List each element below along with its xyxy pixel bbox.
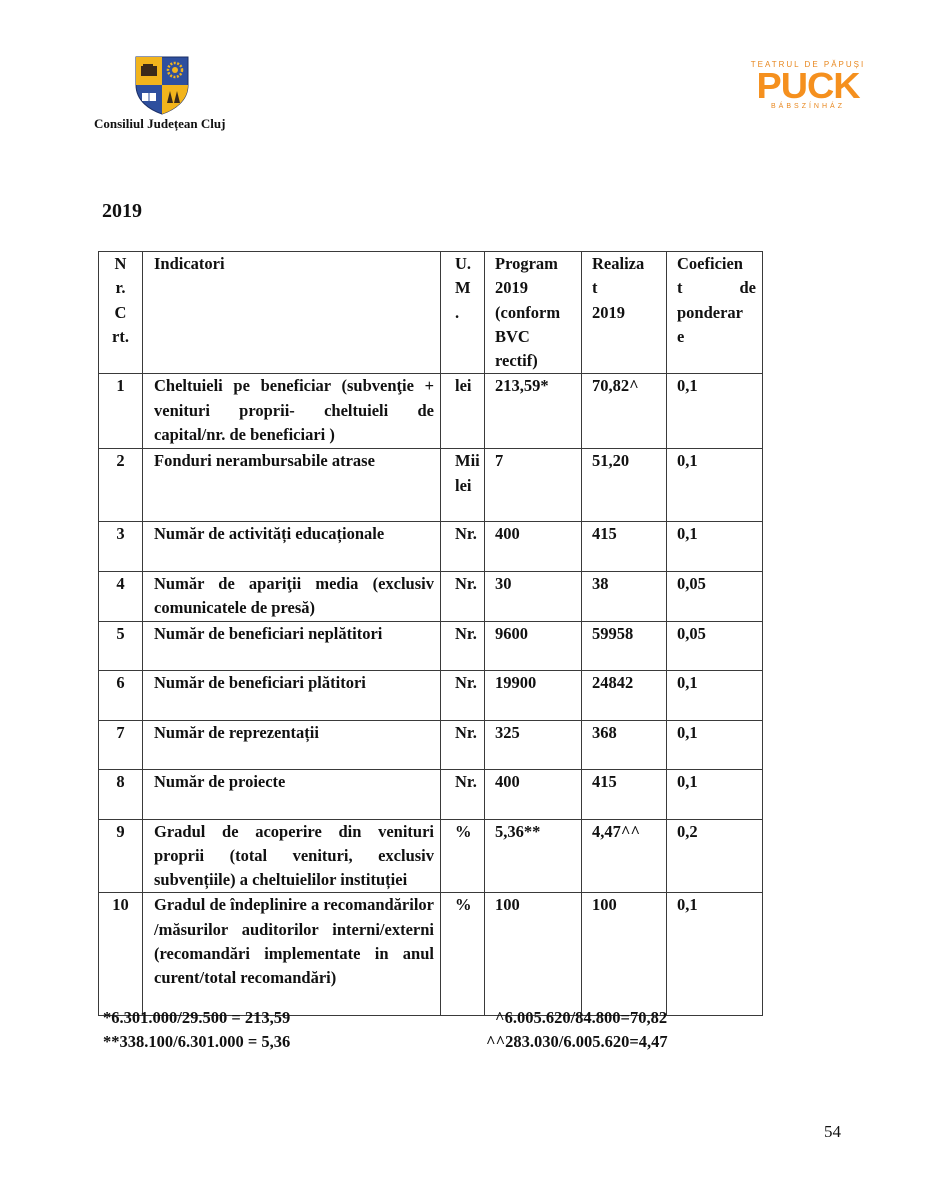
cell-indicator: Gradul de acoperire din venituri proprii… bbox=[143, 819, 441, 893]
header-nr: N r. C rt. bbox=[99, 252, 143, 374]
footnote: ^6.005.620/84.800=70,82 bbox=[486, 1006, 668, 1030]
header-um-line: M bbox=[455, 276, 480, 300]
header-program-line: BVC bbox=[495, 325, 575, 349]
cell-nr: 1 bbox=[99, 374, 143, 449]
header-indicatori: Indicatori bbox=[143, 252, 441, 374]
cell-coeficient: 0,1 bbox=[667, 720, 763, 770]
cell-nr: 7 bbox=[99, 720, 143, 770]
header-coeficient: Coeficien t de ponderar e bbox=[667, 252, 763, 374]
footnote: ^^283.030/6.005.620=4,47 bbox=[486, 1030, 668, 1054]
header-program-line: Program bbox=[495, 252, 575, 276]
header-um-line: U. bbox=[455, 252, 480, 276]
cell-indicator: Gradul de îndeplinire a recomandărilor /… bbox=[143, 893, 441, 1016]
cell-um: Nr. bbox=[441, 720, 485, 770]
puck-theatre-logo: TEATRUL DE PĂPUȘI PUCK BÁBSZÍNHÁZ bbox=[748, 60, 868, 110]
table-row: 5Număr de beneficiari neplătitoriNr.9600… bbox=[99, 621, 763, 671]
puck-logo-word: PUCK bbox=[745, 69, 871, 103]
header-realizat-line: Realiza bbox=[592, 252, 660, 276]
cell-nr: 4 bbox=[99, 571, 143, 621]
table-row: 8Număr de proiecteNr.4004150,1 bbox=[99, 770, 763, 820]
header-um-line: . bbox=[455, 301, 480, 325]
header-um: U. M . bbox=[441, 252, 485, 374]
cell-indicator: Număr de activități educaționale bbox=[143, 522, 441, 572]
cell-indicator: Fonduri nerambursabile atrase bbox=[143, 449, 441, 522]
cell-realizat: 24842 bbox=[582, 671, 667, 721]
header-program-line: (conform bbox=[495, 301, 575, 325]
table-row: 1Cheltuieli pe beneficiar (subvenţie + v… bbox=[99, 374, 763, 449]
cell-indicator: Număr de beneficiari neplătitori bbox=[143, 621, 441, 671]
cell-coeficient: 0,1 bbox=[667, 522, 763, 572]
cell-um: Mii lei bbox=[441, 449, 485, 522]
cell-coeficient: 0,1 bbox=[667, 893, 763, 1016]
cell-um: % bbox=[441, 819, 485, 893]
cell-nr: 9 bbox=[99, 819, 143, 893]
header-realizat: Realiza t 2019 bbox=[582, 252, 667, 374]
cell-program: 7 bbox=[485, 449, 582, 522]
table-header-row: N r. C rt. Indicatori U. M . Program 201… bbox=[99, 252, 763, 374]
header-nr-line: r. bbox=[101, 276, 140, 300]
header-coeficient-line: t de bbox=[677, 276, 756, 300]
footnotes-left: *6.301.000/29.500 = 213,59 **338.100/6.3… bbox=[103, 1006, 290, 1054]
cell-nr: 8 bbox=[99, 770, 143, 820]
cell-nr: 10 bbox=[99, 893, 143, 1016]
cell-indicator: Număr de beneficiari plătitori bbox=[143, 671, 441, 721]
cell-nr: 6 bbox=[99, 671, 143, 721]
cell-um: Nr. bbox=[441, 770, 485, 820]
header-realizat-line: 2019 bbox=[592, 301, 660, 325]
cell-um: Nr. bbox=[441, 571, 485, 621]
cell-um: % bbox=[441, 893, 485, 1016]
header-nr-line: C bbox=[101, 301, 140, 325]
cell-coeficient: 0,2 bbox=[667, 819, 763, 893]
cell-nr: 3 bbox=[99, 522, 143, 572]
cell-realizat: 4,47^^ bbox=[582, 819, 667, 893]
cell-um: lei bbox=[441, 374, 485, 449]
cell-program: 19900 bbox=[485, 671, 582, 721]
cell-realizat: 59958 bbox=[582, 621, 667, 671]
cell-realizat: 70,82^ bbox=[582, 374, 667, 449]
footnote: **338.100/6.301.000 = 5,36 bbox=[103, 1030, 290, 1054]
cell-nr: 5 bbox=[99, 621, 143, 671]
header-coeficient-line: ponderar bbox=[677, 301, 756, 325]
header-coeficient-line: e bbox=[677, 325, 756, 349]
cell-realizat: 38 bbox=[582, 571, 667, 621]
cell-program: 213,59* bbox=[485, 374, 582, 449]
cell-indicator: Număr de apariţii media (exclusiv comuni… bbox=[143, 571, 441, 621]
header-nr-line: N bbox=[101, 252, 140, 276]
page-number: 54 bbox=[824, 1122, 841, 1142]
cell-coeficient: 0,1 bbox=[667, 671, 763, 721]
cell-indicator: Număr de reprezentații bbox=[143, 720, 441, 770]
header-coeficient-line: Coeficien bbox=[677, 252, 756, 276]
cell-um: Nr. bbox=[441, 621, 485, 671]
indicators-table: N r. C rt. Indicatori U. M . Program 201… bbox=[98, 251, 763, 1016]
cell-program: 5,36** bbox=[485, 819, 582, 893]
table-row: 4Număr de apariţii media (exclusiv comun… bbox=[99, 571, 763, 621]
table-row: 7Număr de reprezentațiiNr.3253680,1 bbox=[99, 720, 763, 770]
county-coat-of-arms-icon bbox=[134, 55, 190, 115]
table-row: 3Număr de activități educaționaleNr.4004… bbox=[99, 522, 763, 572]
cell-realizat: 415 bbox=[582, 522, 667, 572]
header-program-line: 2019 bbox=[495, 276, 575, 300]
footnote: *6.301.000/29.500 = 213,59 bbox=[103, 1006, 290, 1030]
cell-realizat: 368 bbox=[582, 720, 667, 770]
cell-program: 400 bbox=[485, 522, 582, 572]
cell-coeficient: 0,1 bbox=[667, 449, 763, 522]
cell-nr: 2 bbox=[99, 449, 143, 522]
cell-program: 325 bbox=[485, 720, 582, 770]
cell-program: 9600 bbox=[485, 621, 582, 671]
header-realizat-line: t bbox=[592, 276, 660, 300]
cell-program: 400 bbox=[485, 770, 582, 820]
cell-coeficient: 0,05 bbox=[667, 571, 763, 621]
cell-um: Nr. bbox=[441, 671, 485, 721]
table-row: 2Fonduri nerambursabile atraseMii lei751… bbox=[99, 449, 763, 522]
cell-indicator: Cheltuieli pe beneficiar (subvenţie + ve… bbox=[143, 374, 441, 449]
cell-realizat: 415 bbox=[582, 770, 667, 820]
cell-um: Nr. bbox=[441, 522, 485, 572]
table-row: 10Gradul de îndeplinire a recomandărilor… bbox=[99, 893, 763, 1016]
header-nr-line: rt. bbox=[101, 325, 140, 349]
cell-coeficient: 0,05 bbox=[667, 621, 763, 671]
header-program: Program 2019 (conform BVC rectif) bbox=[485, 252, 582, 374]
cell-realizat: 100 bbox=[582, 893, 667, 1016]
table-row: 9Gradul de acoperire din venituri propri… bbox=[99, 819, 763, 893]
county-council-caption: Consiliul Județean Cluj bbox=[94, 116, 225, 132]
header-program-line: rectif) bbox=[495, 349, 575, 373]
section-title: 2019 bbox=[102, 200, 142, 223]
footnotes-right: ^6.005.620/84.800=70,82 ^^283.030/6.005.… bbox=[486, 1006, 668, 1054]
cell-coeficient: 0,1 bbox=[667, 770, 763, 820]
table-row: 6Număr de beneficiari plătitoriNr.199002… bbox=[99, 671, 763, 721]
cell-realizat: 51,20 bbox=[582, 449, 667, 522]
cell-program: 100 bbox=[485, 893, 582, 1016]
cell-coeficient: 0,1 bbox=[667, 374, 763, 449]
cell-program: 30 bbox=[485, 571, 582, 621]
cell-indicator: Număr de proiecte bbox=[143, 770, 441, 820]
